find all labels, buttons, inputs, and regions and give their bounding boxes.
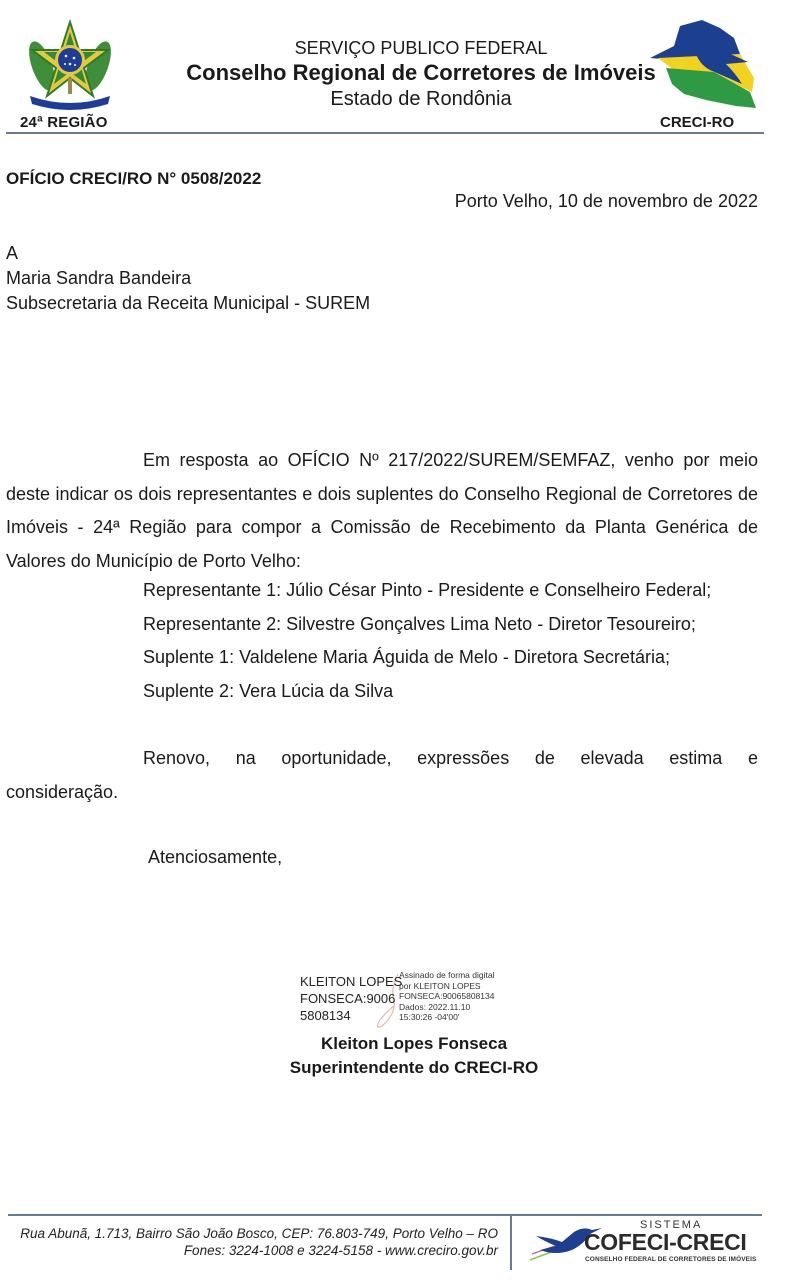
footer-divider [8,1214,762,1216]
header-divider [6,132,764,134]
representatives-list: Representante 1: Júlio César Pinto - Pre… [143,574,711,708]
closing-word: oportunidade, [281,742,391,776]
recipient-department: Subsecretaria da Receita Municipal - SUR… [6,292,370,314]
signature-info-line: Assinado de forma digital [399,970,494,981]
closing-word: estima [669,742,722,776]
signature-cert-info: Assinado de forma digital por KLEITON LO… [399,970,494,1023]
signature-cert-name-line: KLEITON LOPES [300,973,402,990]
signature-cert-name: KLEITON LOPES FONSECA:9006 5808134 [300,973,402,1024]
sign-off: Atenciosamente, [148,846,282,868]
signature-info-line: 15:30:26 -04'00' [399,1012,494,1023]
signature-cert-name-line: 5808134 [300,1007,402,1024]
recipient-salutation: A [6,242,18,264]
recipient-name: Maria Sandra Bandeira [6,267,191,289]
signature-info-line: FONSECA:90065808134 [399,991,494,1002]
closing-paragraph: Renovo,naoportunidade,expressõesdeelevad… [6,742,758,809]
letterhead: 24ª REGIÃO SERVIÇO PUBLICO FEDERAL Conse… [0,0,792,136]
list-item: Representante 2: Silvestre Gonçalves Lim… [143,608,711,642]
place-date: Porto Velho, 10 de novembro de 2022 [455,190,758,212]
footer-contact: Fones: 3224-1008 e 3224-5158 - www.creci… [184,1243,498,1258]
list-item: Suplente 2: Vera Lúcia da Silva [143,675,711,709]
closing-word: Renovo, [143,742,210,776]
closing-paragraph-line: Renovo,naoportunidade,expressõesdeelevad… [6,742,758,776]
signature-cert-name-line: FONSECA:9006 [300,990,402,1007]
footer-vertical-divider [510,1214,512,1270]
closing-paragraph-end: consideração. [6,776,758,810]
letter-reference: OFÍCIO CRECI/RO N° 0508/2022 [6,168,261,190]
footer-address: Rua Abunã, 1.713, Bairro São João Bosco,… [20,1226,498,1241]
closing-word: e [748,742,758,776]
closing-word: na [236,742,256,776]
signer-title: Superintendente do CRECI-RO [0,1058,792,1078]
brand-name: COFECI-CRECI [584,1229,747,1256]
list-item: Suplente 1: Valdelene Maria Águida de Me… [143,641,711,675]
brand-subtitle: CONSELHO FEDERAL DE CORRETORES DE IMÓVEI… [585,1256,756,1263]
region-label: 24ª REGIÃO [20,114,108,131]
body-paragraph-text: Em resposta ao OFÍCIO Nº 217/2022/SUREM/… [6,450,758,571]
list-item: Representante 1: Júlio César Pinto - Pre… [143,574,711,608]
signature-info-line: Dados: 2022.11.10 [399,1002,494,1013]
signature-info-line: por KLEITON LOPES [399,981,494,992]
digital-signature: KLEITON LOPES FONSECA:9006 5808134 Assin… [300,970,510,1030]
creci-ro-label: CRECI-RO [660,114,734,131]
closing-word: elevada [581,742,644,776]
closing-word: de [535,742,555,776]
creci-ro-logo-icon [644,18,764,114]
closing-word: expressões [417,742,509,776]
body-paragraph: Em resposta ao OFÍCIO Nº 217/2022/SUREM/… [6,444,758,578]
signer-name: Kleiton Lopes Fonseca [0,1034,792,1054]
